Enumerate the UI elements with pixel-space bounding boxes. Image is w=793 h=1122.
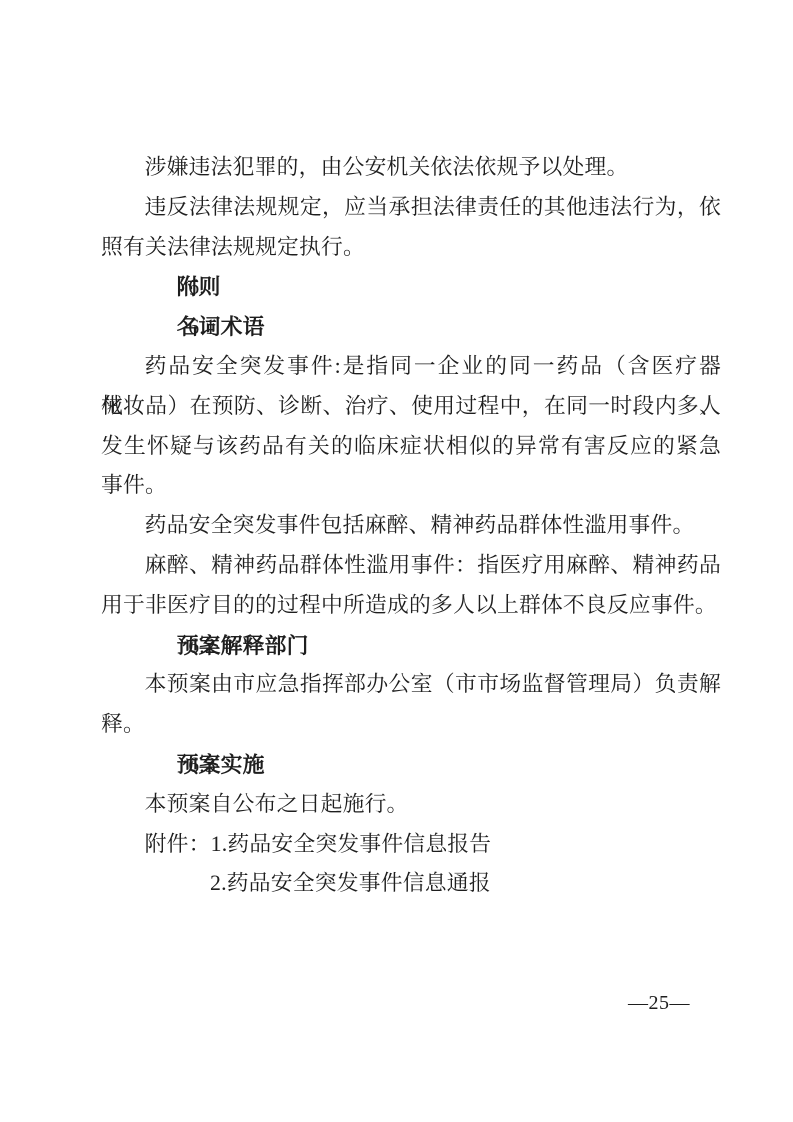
- attachment-line: 2.药品安全突发事件信息通报: [101, 864, 721, 904]
- section-heading-6: 6.附则: [101, 267, 721, 307]
- paragraph-line: 用于非医疗目的的过程中所造成的多人以上群体不良反应事件。: [101, 586, 721, 626]
- attachment-item: 2.药品安全突发事件信息通报: [210, 871, 491, 895]
- paragraph-line: 化妆品）在预防、诊断、治疗、使用过程中，在同一时段内多人: [101, 387, 721, 427]
- page-content: 涉嫌违法犯罪的，由公安机关依法依规予以处理。 违反法律法规规定，应当承担法律责任…: [101, 148, 721, 904]
- section-heading-6-1: 6.1名词术语: [101, 307, 721, 347]
- heading-number: 6.: [145, 268, 177, 308]
- heading-title: 预案解释部门: [177, 633, 309, 658]
- attachment-item: 1.药品安全突发事件信息报告: [211, 832, 492, 856]
- paragraph-line: 发生怀疑与该药品有关的临床症状相似的异常有害反应的紧急: [101, 427, 721, 467]
- paragraph-line: 麻醉、精神药品群体性滥用事件：指医疗用麻醉、精神药品: [101, 546, 721, 586]
- section-heading-6-3: 6.3预案实施: [101, 745, 721, 785]
- heading-number: 6.1: [145, 308, 177, 348]
- section-heading-6-2: 6.2预案解释部门: [101, 626, 721, 666]
- heading-title: 预案实施: [177, 752, 265, 777]
- paragraph-line: 违反法律法规规定，应当承担法律责任的其他违法行为，依: [101, 188, 721, 228]
- heading-number: 6.2: [145, 627, 177, 667]
- paragraph-line: 本预案由市应急指挥部办公室（市市场监督管理局）负责解: [101, 665, 721, 705]
- heading-number: 6.3: [145, 746, 177, 786]
- heading-title: 附则: [177, 274, 221, 299]
- page-number: —25—: [628, 988, 690, 1018]
- paragraph-line: 药品安全突发事件:是指同一企业的同一药品（含医疗器械、: [101, 347, 721, 387]
- paragraph-line: 药品安全突发事件包括麻醉、精神药品群体性滥用事件。: [101, 506, 721, 546]
- paragraph-line: 本预案自公布之日起施行。: [101, 785, 721, 825]
- paragraph-line: 事件。: [101, 466, 721, 506]
- attachment-line: 附件：1.药品安全突发事件信息报告: [101, 825, 721, 865]
- document-page: 涉嫌违法犯罪的，由公安机关依法依规予以处理。 违反法律法规规定，应当承担法律责任…: [0, 0, 793, 1122]
- paragraph-line: 涉嫌违法犯罪的，由公安机关依法依规予以处理。: [101, 148, 721, 188]
- paragraph-line: 照有关法律法规规定执行。: [101, 228, 721, 268]
- paragraph-line: 释。: [101, 705, 721, 745]
- attachment-label: 附件：: [145, 832, 211, 856]
- heading-title: 名词术语: [177, 314, 265, 339]
